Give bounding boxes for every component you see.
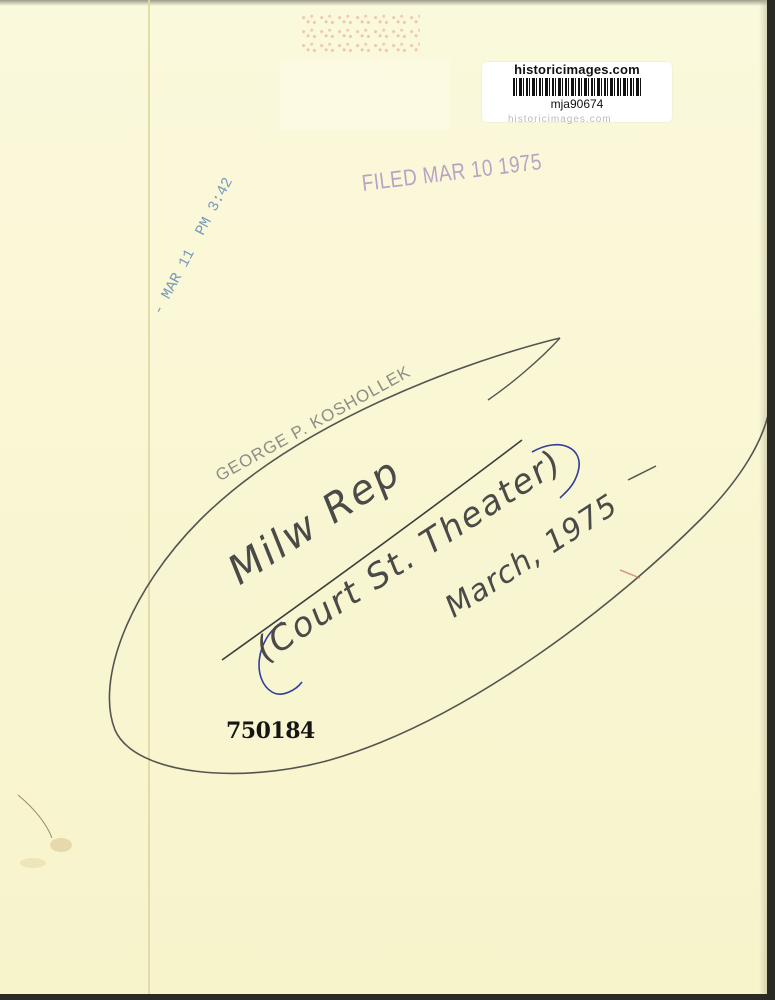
paper-scratch <box>18 795 52 838</box>
archive-number-stamp: 750184 <box>226 718 315 744</box>
photo-back: historicimages.com mja90674 historicimag… <box>0 0 767 994</box>
pencil-dash <box>628 466 656 480</box>
stain <box>20 858 46 868</box>
stain <box>50 838 72 852</box>
red-smudge <box>620 570 640 578</box>
